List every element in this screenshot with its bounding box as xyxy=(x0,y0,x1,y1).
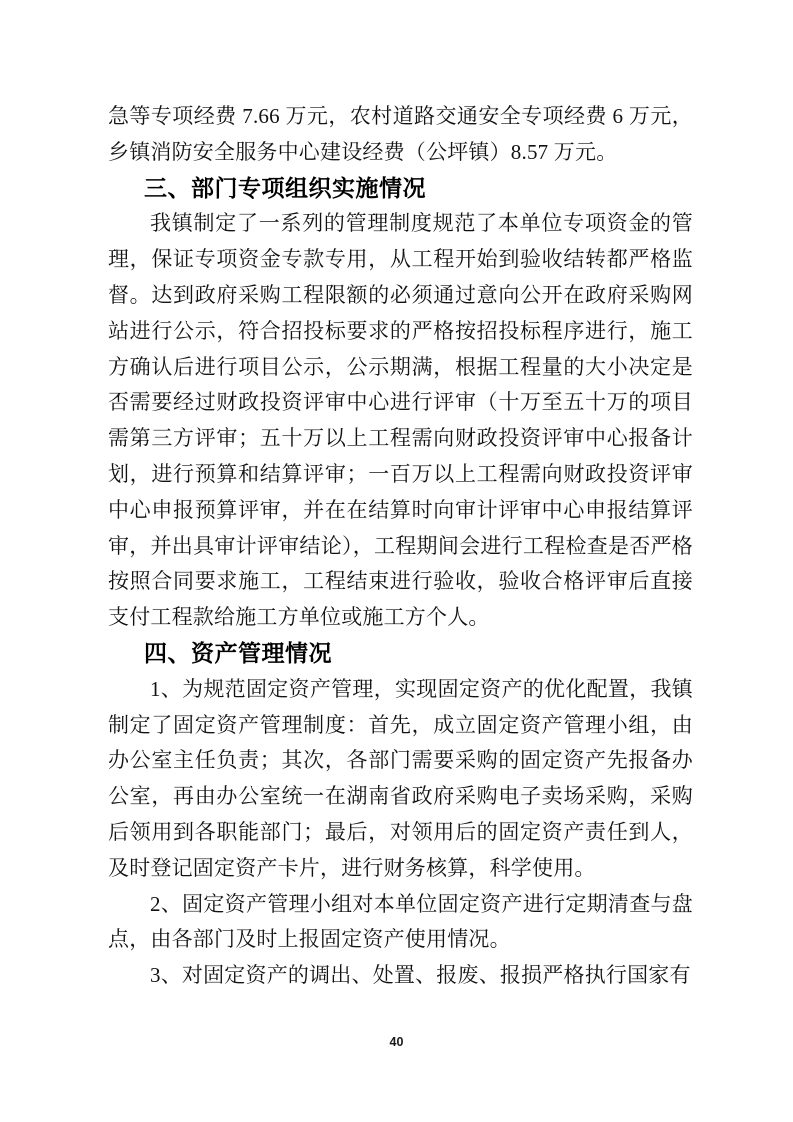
document-content: 急等专项经费 7.66 万元，农村道路交通安全专项经费 6 万元，乡镇消防安全服… xyxy=(108,99,693,994)
section-heading: 三、部门专项组织实施情况 xyxy=(108,171,693,207)
body-paragraph: 3、对固定资产的调出、处置、报废、报损严格执行国家有 xyxy=(108,958,693,994)
document-page: 急等专项经费 7.66 万元，农村道路交通安全专项经费 6 万元，乡镇消防安全服… xyxy=(0,0,793,1122)
body-paragraph: 2、固定资产管理小组对本单位固定资产进行定期清查与盘点，由各部门及时上报固定资产… xyxy=(108,887,693,959)
page-number: 40 xyxy=(0,1035,793,1049)
body-paragraph: 急等专项经费 7.66 万元，农村道路交通安全专项经费 6 万元，乡镇消防安全服… xyxy=(108,99,693,171)
body-paragraph: 我镇制定了一系列的管理制度规范了本单位专项资金的管理，保证专项资金专款专用，从工… xyxy=(108,206,693,636)
section-heading: 四、资产管理情况 xyxy=(108,636,693,672)
body-paragraph: 1、为规范固定资产管理，实现固定资产的优化配置，我镇制定了固定资产管理制度：首先… xyxy=(108,672,693,887)
